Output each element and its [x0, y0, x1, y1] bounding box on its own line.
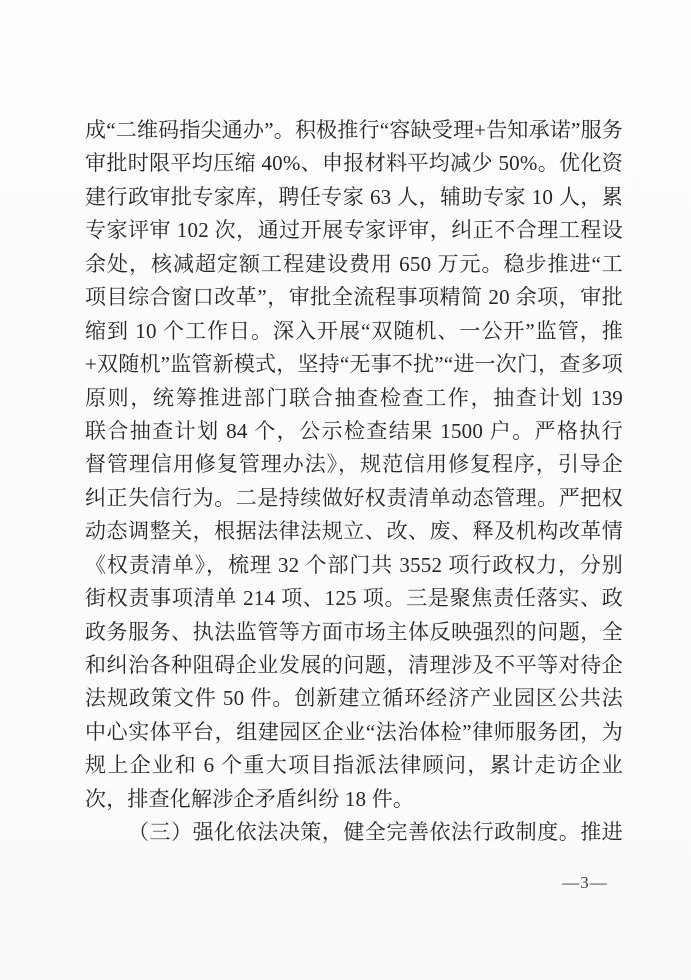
text-line: 原则，统筹推进部门联合抽查检查工作，抽查计划 139 个、部门 — [85, 382, 623, 415]
text-line: （三）强化依法决策，健全完善依法行政制度。推进行政决 — [85, 816, 623, 849]
document-page: 成“二维码指尖通办”。积极推行“容缺受理+告知承诺”服务模式，审批时限平均压缩 … — [0, 0, 691, 980]
text-line: 政务服务、执法监管等方面市场主体反映强烈的问题，全面查找 — [85, 616, 623, 649]
text-line: 成“二维码指尖通办”。积极推行“容缺受理+告知承诺”服务模式， — [85, 114, 623, 147]
text-line: 次，排查化解涉企矛盾纠纷 18 件。 — [85, 783, 623, 816]
text-line: 动态调整关，根据法律法规立、改、废、释及机构改革情况更新 — [85, 515, 623, 548]
text-line: 缩到 10 个工作日。深入开展“双随机、一公开”监管，推进“信用 — [85, 315, 623, 348]
text-line: 中心实体平台，组建园区企业“法治体检”律师服务团，为 107 家 — [85, 716, 623, 749]
text-line: 街权责事项清单 214 项、125 项。三是聚焦责任落实、政策落地、 — [85, 582, 623, 615]
text-line: 联合抽查计划 84 个，公示检查结果 1500 户。严格执行《市场监 — [85, 415, 623, 448]
text-line: 余处，核减超定额工程建设费用 650 万元。稳步推进“工程建设 — [85, 248, 623, 281]
text-line: 项目综合窗口改革”，审批全流程事项精简 20 余项，审批时间压 — [85, 281, 623, 314]
text-line: 和纠治各种阻碍企业发展的问题，清理涉及不平等对待企业法律 — [85, 649, 623, 682]
text-line: 督管理信用修复管理办法》，规范信用修复程序，引导企业主动 — [85, 448, 623, 481]
text-line: 法规政策文件 50 件。创新建立循环经济产业园区公共法律服务 — [85, 682, 623, 715]
text-line: 审批时限平均压缩 40%、申报材料平均减少 50%。优化资源组 — [85, 147, 623, 180]
text-line: 建行政审批专家库，聘任专家 63 人，辅助专家 10 人，累计开展 — [85, 181, 623, 214]
page-number: —3— — [550, 873, 620, 893]
text-line: 专家评审 102 次，通过开展专家评审，纠正不合理工程设计 300 — [85, 214, 623, 247]
text-line: 规上企业和 6 个重大项目指派法律顾问，累计走访企业 955（个） — [85, 749, 623, 782]
text-line: 纠正失信行为。二是持续做好权责清单动态管理。严把权力来源 — [85, 482, 623, 515]
document-body: 成“二维码指尖通办”。积极推行“容缺受理+告知承诺”服务模式，审批时限平均压缩 … — [85, 114, 623, 850]
text-line: +双随机”监管新模式，坚持“无事不扰”“进一次门，查多项事”的 — [85, 348, 623, 381]
text-line: 《权责清单》，梳理 32 个部门共 3552 项行政权力，分别形成镇 — [85, 549, 623, 582]
